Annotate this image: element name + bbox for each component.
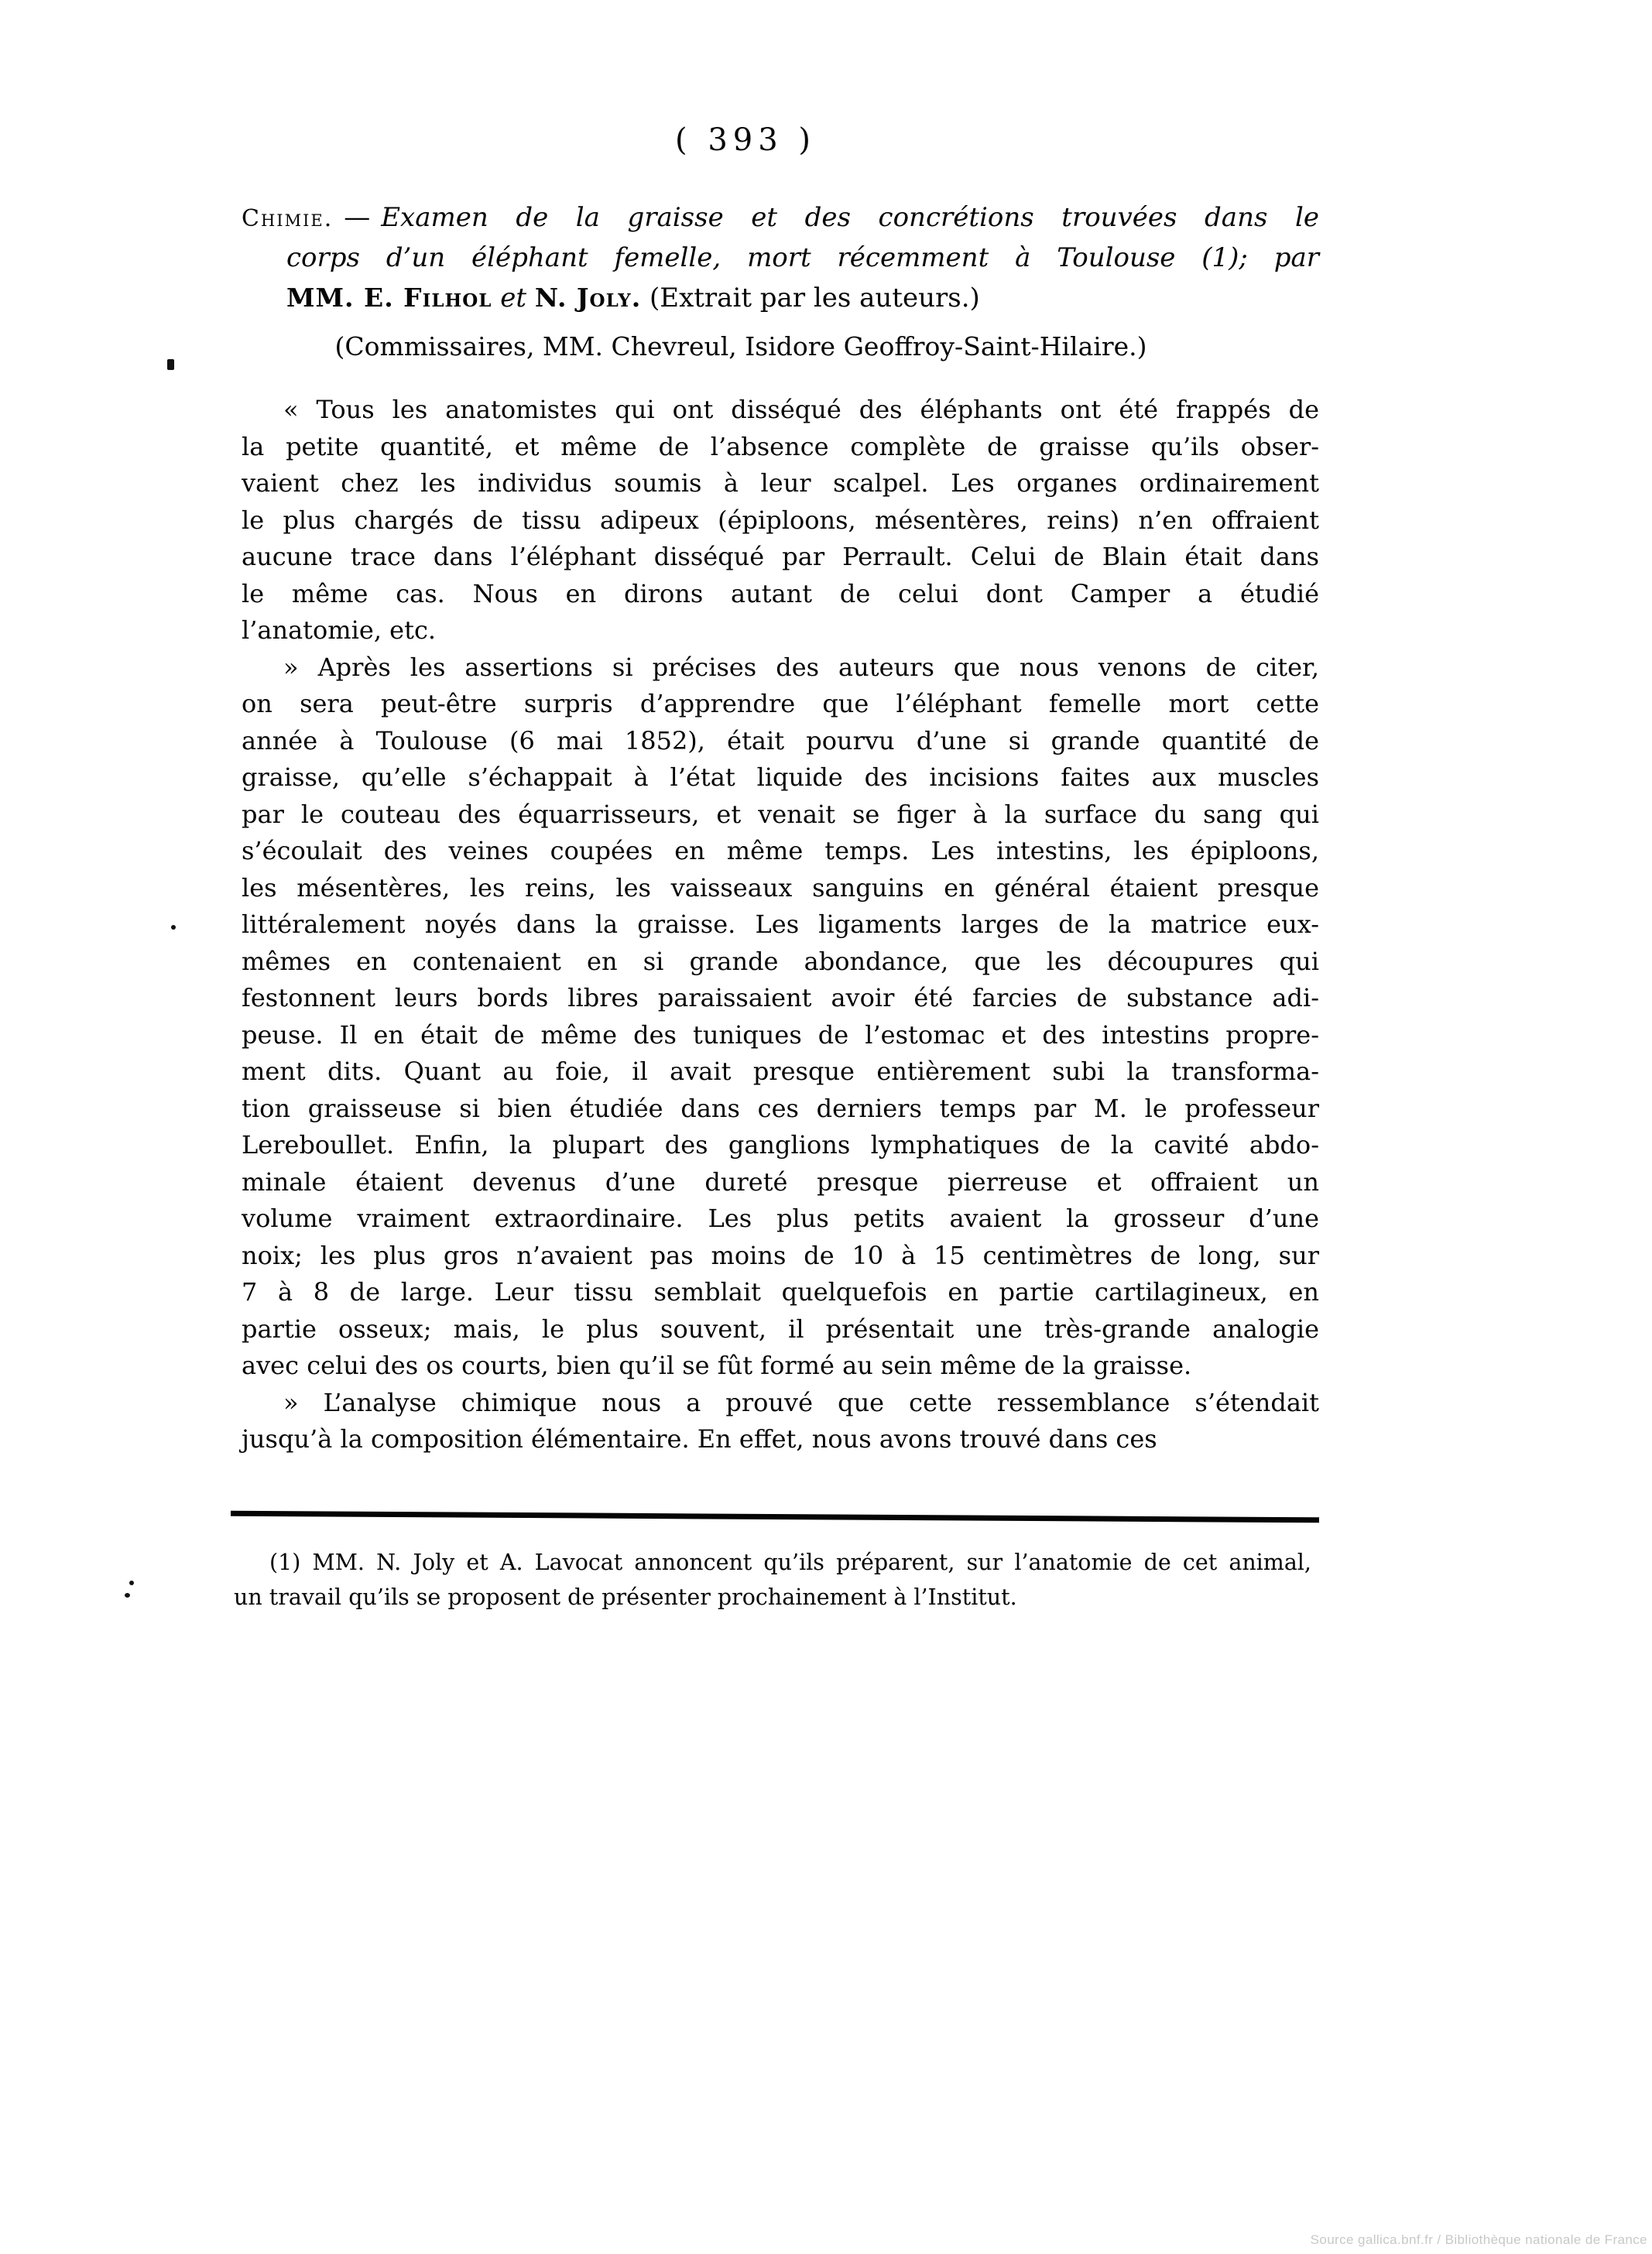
section-rubric: Chimie.: [242, 205, 333, 232]
text-line: par le couteau des équarrisseurs, et ven…: [242, 796, 1319, 834]
text-line: le plus chargés de tissu adipeux (épiplo…: [242, 502, 1319, 540]
text-line: » Après les assertions si précises des a…: [242, 649, 1319, 687]
text-line: peuse. Il en était de même des tuniques …: [242, 1017, 1319, 1054]
paragraph: » L’analyse chimique nous a prouvé que c…: [242, 1385, 1319, 1458]
text-line: ment dits. Quant au foie, il avait presq…: [242, 1053, 1319, 1091]
text-line: littéralement noyés dans la graisse. Les…: [242, 906, 1319, 944]
text-line: volume vraiment extraordinaire. Les plus…: [242, 1201, 1319, 1238]
text-line: « Tous les anatomistes qui ont disséqué …: [242, 392, 1319, 429]
footnote-separator-rule: [231, 1511, 1319, 1523]
text-line: les mésentères, les reins, les vaisseaux…: [242, 870, 1319, 907]
text-line: un travail qu’ils se proposent de présen…: [234, 1580, 1311, 1615]
ink-speck: [125, 1593, 130, 1598]
text-line: jusqu’à la composition élémentaire. En e…: [242, 1421, 1319, 1458]
article-body: « Tous les anatomistes qui ont disséqué …: [242, 392, 1319, 1458]
text-line: la petite quantité, et même de l’absence…: [242, 429, 1319, 466]
text-line: aucune trace dans l’éléphant disséqué pa…: [242, 539, 1319, 576]
text-line: 7 à 8 de large. Leur tissu semblait quel…: [242, 1274, 1319, 1311]
scanned-document-page: ( 393 ) Chimie.—Examen de la graisse et …: [0, 0, 1652, 2254]
text-line: graisse, qu’elle s’échappait à l’état li…: [242, 759, 1319, 796]
em-dash: —: [344, 202, 370, 233]
text-line: s’écoulait des veines coupées en même te…: [242, 833, 1319, 870]
text-line: minale étaient devenus d’une dureté pres…: [242, 1164, 1319, 1201]
commissioners-line: (Commissaires, MM. Chevreul, Isidore Geo…: [203, 331, 1279, 361]
heading-line: corps d’un éléphant femelle, mort récemm…: [286, 238, 1319, 278]
title-text: corps d’un éléphant femelle, mort récemm…: [286, 242, 1319, 273]
text-line: tion graisseuse si bien étudiée dans ces…: [242, 1091, 1319, 1128]
ink-speck: [129, 1581, 134, 1585]
heading-line-authors: MM. E. Filhol et N. Joly. (Extrait par l…: [286, 278, 1319, 318]
text-line: avec celui des os courts, bien qu’il se …: [242, 1348, 1319, 1385]
text-line: noix; les plus gros n’avaient pas moins …: [242, 1238, 1319, 1275]
text-line: mêmes en contenaient en si grande abonda…: [242, 944, 1319, 981]
page-number: ( 393 ): [207, 122, 1284, 158]
extract-note: (Extrait par les auteurs.): [649, 283, 980, 313]
article-heading: Chimie.—Examen de la graisse et des conc…: [242, 198, 1319, 318]
text-line: l’anatomie, etc.: [242, 612, 1319, 649]
text-line: » L’analyse chimique nous a prouvé que c…: [242, 1385, 1319, 1422]
author-name: MM. E. Filhol: [286, 283, 492, 313]
text-line: on sera peut-être surpris d’apprendre qu…: [242, 686, 1319, 723]
text-line: le même cas. Nous en dirons autant de ce…: [242, 576, 1319, 613]
paragraph: » Après les assertions si précises des a…: [242, 649, 1319, 1385]
text-line: année à Toulouse (6 mai 1852), était pou…: [242, 723, 1319, 760]
text-line: Lereboullet. Enfin, la plupart des gangl…: [242, 1127, 1319, 1164]
footnote: (1) MM. N. Joly et A. Lavocat annoncent …: [234, 1545, 1311, 1615]
gallica-source-watermark: Source gallica.bnf.fr / Bibliothèque nat…: [1311, 2232, 1647, 2248]
text-line: partie osseux; mais, le plus souvent, il…: [242, 1311, 1319, 1348]
title-text: Examen de la graisse et des concrétions …: [381, 202, 1319, 233]
paragraph: « Tous les anatomistes qui ont disséqué …: [242, 392, 1319, 649]
author-name: N. Joly.: [535, 283, 641, 313]
conjunction: et: [500, 283, 526, 313]
ink-speck: [167, 359, 174, 370]
text-line: (1) MM. N. Joly et A. Lavocat annoncent …: [234, 1545, 1311, 1580]
ink-speck: [171, 925, 176, 930]
text-line: vaient chez les individus soumis à leur …: [242, 465, 1319, 502]
heading-line: Chimie.—Examen de la graisse et des conc…: [242, 198, 1319, 238]
text-line: festonnent leurs bords libres paraissaie…: [242, 980, 1319, 1017]
